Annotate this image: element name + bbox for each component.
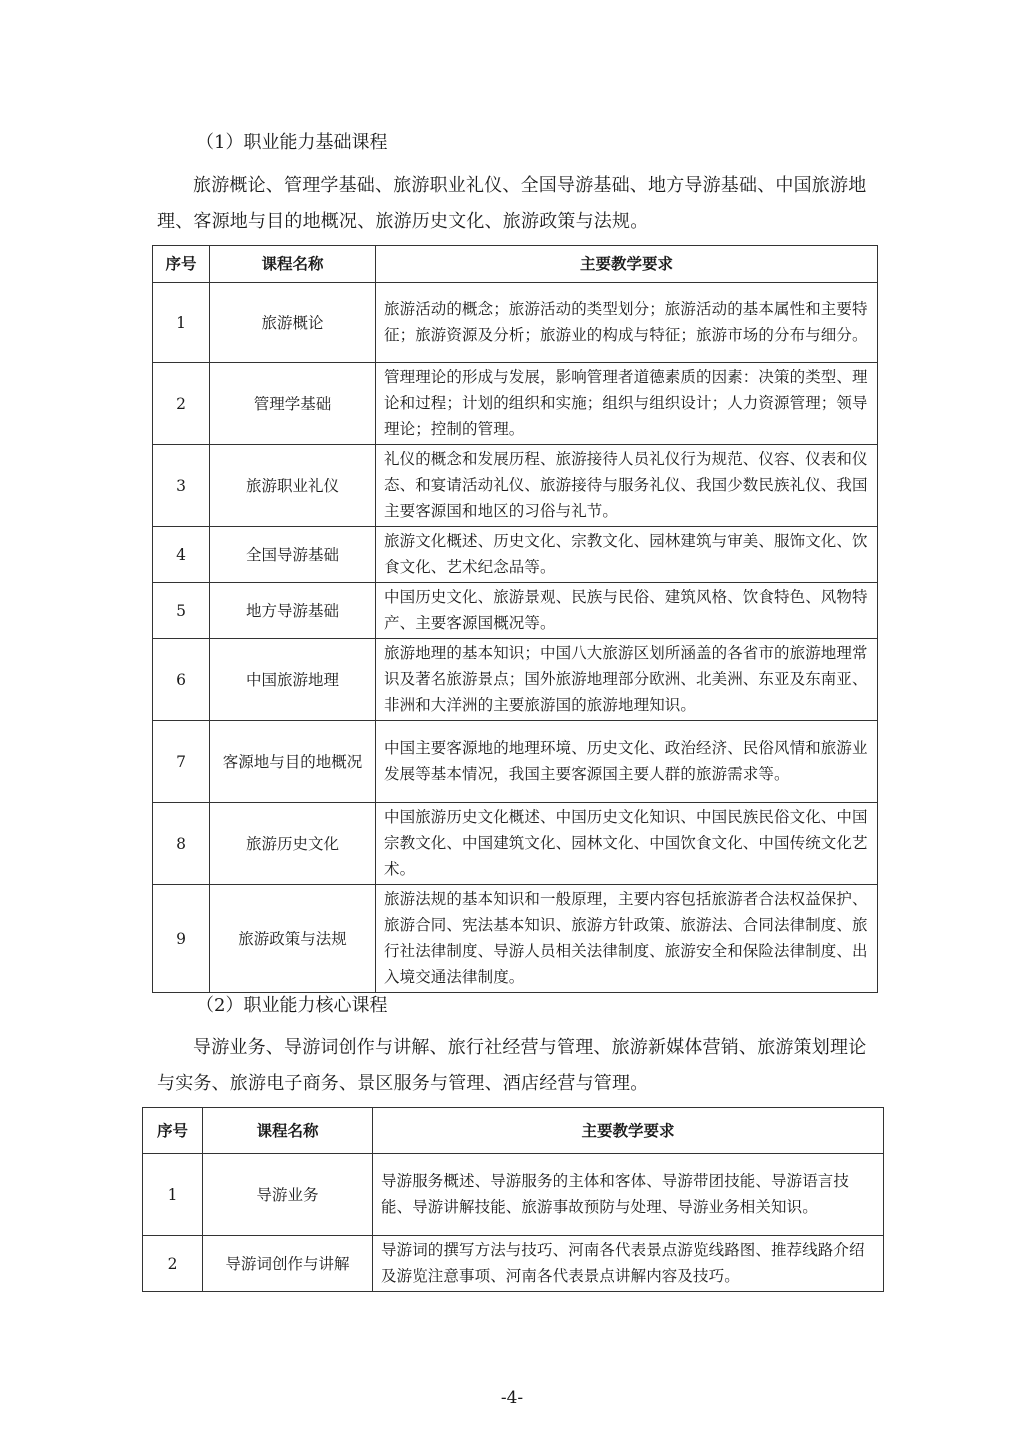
row-no: 3 [153, 445, 210, 527]
row-name: 中国旅游地理 [210, 639, 376, 721]
row-req: 礼仪的概念和发展历程、旅游接待人员礼仪行为规范、仪容、仪表和仪态、和宴请活动礼仪… [376, 445, 878, 527]
row-name: 旅游历史文化 [210, 803, 376, 885]
row-req: 旅游法规的基本知识和一般原理，主要内容包括旅游者合法权益保护、旅游合同、宪法基本… [376, 885, 878, 993]
table-row: 8 旅游历史文化 中国旅游历史文化概述、中国历史文化知识、中国民族民俗文化、中国… [153, 803, 878, 885]
section2-intro-text: 导游业务、导游词创作与讲解、旅行社经营与管理、旅游新媒体营销、旅游策划理论与实务… [157, 1037, 866, 1094]
table-row: 2 管理学基础 管理理论的形成与发展，影响管理者道德素质的因素：决策的类型、理论… [153, 363, 878, 445]
row-no: 6 [153, 639, 210, 721]
table-row: 1 旅游概论 旅游活动的概念；旅游活动的类型划分；旅游活动的基本属性和主要特征；… [153, 283, 878, 363]
table-row: 9 旅游政策与法规 旅游法规的基本知识和一般原理，主要内容包括旅游者合法权益保护… [153, 885, 878, 993]
table-row: 7 客源地与目的地概况 中国主要客源地的地理环境、历史文化、政治经济、民俗风情和… [153, 721, 878, 803]
row-name: 导游词创作与讲解 [203, 1236, 373, 1292]
header-req: 主要教学要求 [373, 1108, 884, 1154]
table-row: 3 旅游职业礼仪 礼仪的概念和发展历程、旅游接待人员礼仪行为规范、仪容、仪表和仪… [153, 445, 878, 527]
row-no: 2 [153, 363, 210, 445]
row-req: 中国历史文化、旅游景观、民族与民俗、建筑风格、饮食特色、风物特产、主要客源国概况… [376, 583, 878, 639]
table-header-row: 序号 课程名称 主要教学要求 [153, 246, 878, 283]
row-name: 旅游政策与法规 [210, 885, 376, 993]
row-no: 7 [153, 721, 210, 803]
header-no: 序号 [143, 1108, 203, 1154]
row-req: 旅游活动的概念；旅游活动的类型划分；旅游活动的基本属性和主要特征；旅游资源及分析… [376, 283, 878, 363]
row-no: 1 [143, 1154, 203, 1236]
section1-intro: 旅游概论、管理学基础、旅游职业礼仪、全国导游基础、地方导游基础、中国旅游地理、客… [157, 168, 873, 240]
table-row: 5 地方导游基础 中国历史文化、旅游景观、民族与民俗、建筑风格、饮食特色、风物特… [153, 583, 878, 639]
section2-heading: （2）职业能力核心课程 [196, 994, 387, 1018]
row-req: 管理理论的形成与发展，影响管理者道德素质的因素：决策的类型、理论和过程；计划的组… [376, 363, 878, 445]
basic-courses-table: 序号 课程名称 主要教学要求 1 旅游概论 旅游活动的概念；旅游活动的类型划分；… [152, 245, 878, 993]
table-row: 1 导游业务 导游服务概述、导游服务的主体和客体、导游带团技能、导游语言技能、导… [143, 1154, 884, 1236]
row-no: 4 [153, 527, 210, 583]
row-no: 2 [143, 1236, 203, 1292]
table-row: 4 全国导游基础 旅游文化概述、历史文化、宗教文化、园林建筑与审美、服饰文化、饮… [153, 527, 878, 583]
row-req: 中国旅游历史文化概述、中国历史文化知识、中国民族民俗文化、中国宗教文化、中国建筑… [376, 803, 878, 885]
header-name: 课程名称 [210, 246, 376, 283]
row-req: 中国主要客源地的地理环境、历史文化、政治经济、民俗风情和旅游业发展等基本情况，我… [376, 721, 878, 803]
table-header-row: 序号 课程名称 主要教学要求 [143, 1108, 884, 1154]
section1-intro-text: 旅游概论、管理学基础、旅游职业礼仪、全国导游基础、地方导游基础、中国旅游地理、客… [157, 175, 866, 232]
row-name: 客源地与目的地概况 [210, 721, 376, 803]
row-no: 8 [153, 803, 210, 885]
row-name: 管理学基础 [210, 363, 376, 445]
row-no: 5 [153, 583, 210, 639]
row-req: 旅游地理的基本知识；中国八大旅游区划所涵盖的各省市的旅游地理常识及著名旅游景点；… [376, 639, 878, 721]
row-name: 地方导游基础 [210, 583, 376, 639]
row-no: 9 [153, 885, 210, 993]
row-name: 导游业务 [203, 1154, 373, 1236]
header-req: 主要教学要求 [376, 246, 878, 283]
row-name: 旅游概论 [210, 283, 376, 363]
page-number: -4- [0, 1388, 1024, 1408]
core-courses-table: 序号 课程名称 主要教学要求 1 导游业务 导游服务概述、导游服务的主体和客体、… [142, 1107, 884, 1292]
section1-heading: （1）职业能力基础课程 [196, 131, 387, 155]
header-no: 序号 [153, 246, 210, 283]
row-name: 全国导游基础 [210, 527, 376, 583]
table-row: 6 中国旅游地理 旅游地理的基本知识；中国八大旅游区划所涵盖的各省市的旅游地理常… [153, 639, 878, 721]
header-name: 课程名称 [203, 1108, 373, 1154]
row-name: 旅游职业礼仪 [210, 445, 376, 527]
row-no: 1 [153, 283, 210, 363]
row-req: 旅游文化概述、历史文化、宗教文化、园林建筑与审美、服饰文化、饮食文化、艺术纪念品… [376, 527, 878, 583]
row-req: 导游服务概述、导游服务的主体和客体、导游带团技能、导游语言技能、导游讲解技能、旅… [373, 1154, 884, 1236]
section2-intro: 导游业务、导游词创作与讲解、旅行社经营与管理、旅游新媒体营销、旅游策划理论与实务… [157, 1030, 873, 1102]
row-req: 导游词的撰写方法与技巧、河南各代表景点游览线路图、推荐线路介绍及游览注意事项、河… [373, 1236, 884, 1292]
table-row: 2 导游词创作与讲解 导游词的撰写方法与技巧、河南各代表景点游览线路图、推荐线路… [143, 1236, 884, 1292]
